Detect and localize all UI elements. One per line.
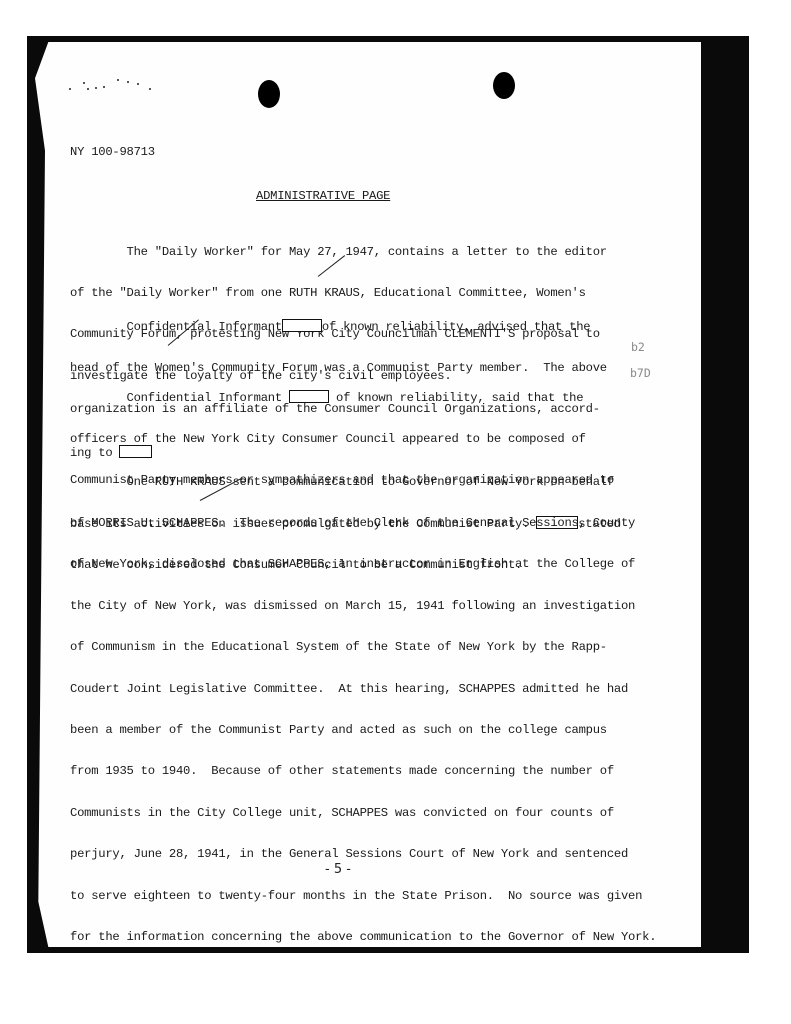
paragraph-line: of Communism in the Educational System o… (70, 641, 656, 655)
line-text: Confidential Informant (70, 391, 289, 405)
punch-hole-right (493, 72, 515, 99)
exemption-code-b2: b2 (631, 340, 645, 354)
page-number: - 5 - (325, 862, 351, 877)
paragraph-schappes: One RUTH KRAUS sent a communication to G… (70, 448, 656, 958)
punch-hole-left (258, 80, 280, 108)
paragraph-line: Coudert Joint Legislative Committee. At … (70, 683, 656, 697)
paragraph-line: officers of the New York City Consumer C… (70, 433, 621, 447)
paragraph-line: Communists in the City College unit, SCH… (70, 807, 656, 821)
paragraph-line: for the information concerning the above… (70, 931, 656, 945)
paragraph-line: One RUTH KRAUS sent a communication to G… (70, 476, 656, 490)
paragraph-line: from 1935 to 1940. Because of other stat… (70, 765, 656, 779)
redaction-box (282, 319, 322, 332)
line-text: of known reliability, said that the (329, 391, 583, 405)
redaction-box (289, 390, 329, 403)
line-text: of known reliability, advised that the (322, 320, 590, 334)
scan-specks (65, 74, 215, 104)
paragraph-line: Confidential Informantof known reliabili… (70, 319, 607, 335)
paragraph-line: perjury, June 28, 1941, in the General S… (70, 848, 656, 862)
paragraph-line: been a member of the Communist Party and… (70, 724, 656, 738)
paragraph-line: Confidential Informant of known reliabil… (70, 390, 621, 406)
line-text: Confidential Informant (70, 320, 282, 334)
file-number: NY 100-98713 (70, 146, 155, 160)
page-title: ADMINISTRATIVE PAGE (256, 190, 390, 204)
paragraph-line: The "Daily Worker" for May 27, 1947, con… (70, 246, 607, 260)
paragraph-line: to serve eighteen to twenty-four months … (70, 890, 656, 904)
paragraph-line: of MORRIS U. SCHAPPES. The records of th… (70, 517, 656, 531)
paragraph-line: the City of New York, was dismissed on M… (70, 600, 656, 614)
exemption-code-b7d: b7D (630, 366, 651, 380)
paragraph-line: of New York, disclosed that SCHAPPES, an… (70, 558, 656, 572)
